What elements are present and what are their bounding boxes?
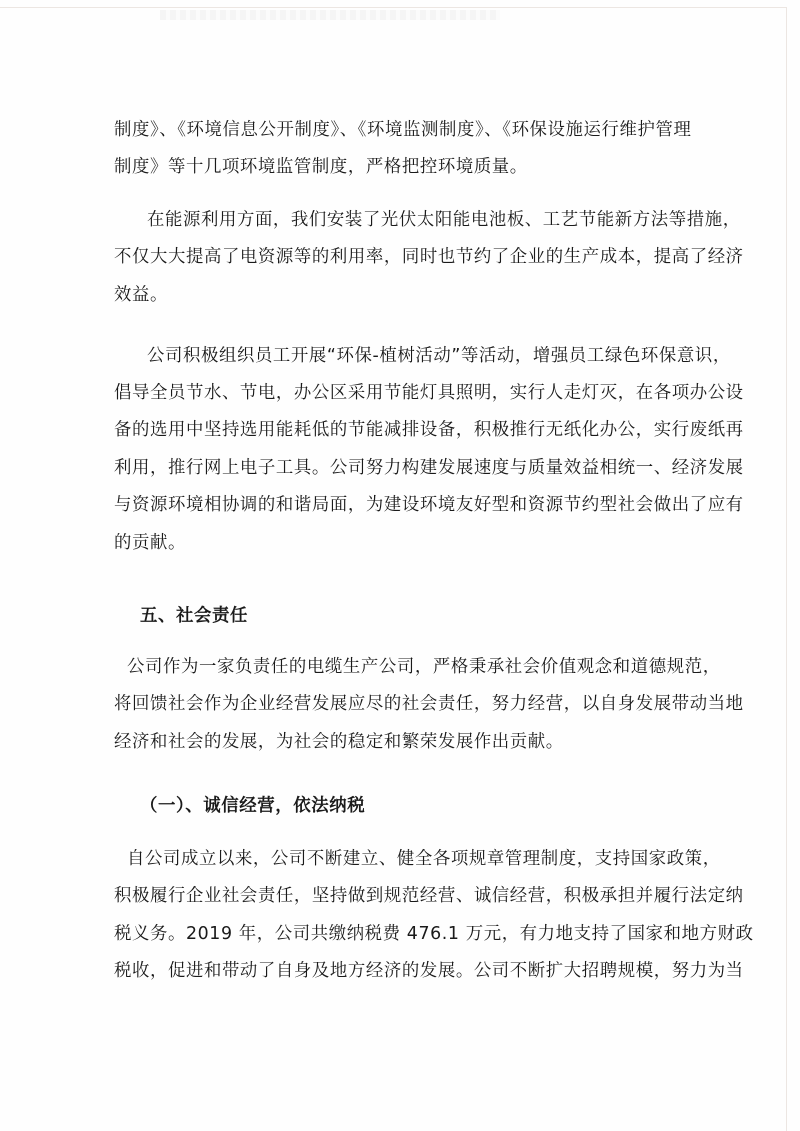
paragraph-line: 公司作为一家负责任的电缆生产公司，严格秉承社会价值观念和道德规范，: [127, 656, 721, 678]
paragraph-line: 将回馈社会作为企业经营发展应尽的社会责任，努力经营，以自身发展带动当地: [114, 693, 744, 715]
paragraph-line: 制度》、《环境信息公开制度》、《环境监测制度》、《环保设施运行维护管理: [114, 119, 691, 141]
paragraph-line: 公司积极组织员工开展“环保-植树活动”等活动，增强员工绿色环保意识，: [147, 345, 731, 367]
paragraph-line: 倡导全员节水、节电，办公区采用节能灯具照明，实行人走灯灭，在各项办公设: [114, 382, 744, 404]
paragraph-line: 在能源利用方面，我们安装了光伏太阳能电池板、工艺节能新方法等措施，: [147, 209, 741, 231]
paragraph-line: 积极履行企业社会责任，坚持做到规范经营、诚信经营，积极承担并履行法定纳: [114, 885, 744, 907]
paragraph-line: 不仅大大提高了电资源等的利用率，同时也节约了企业的生产成本，提高了经济: [114, 246, 744, 268]
paragraph-line: 利用，推行网上电子工具。公司努力构建发展速度与质量效益相统一、经济发展: [114, 457, 744, 479]
page-edge-top: [0, 7, 786, 8]
page-edge-right: [786, 7, 787, 1131]
paragraph-line: 制度》等十几项环境监管制度，严格把控环境质量。: [114, 156, 528, 178]
paragraph-line: 备的选用中坚持选用能耗低的节能减排设备，积极推行无纸化办公，实行废纸再: [114, 419, 744, 441]
paragraph-line: 自公司成立以来，公司不断建立、健全各项规章管理制度，支持国家政策，: [127, 848, 721, 870]
subsection-heading: （一）、诚信经营，依法纳税: [140, 795, 365, 817]
paragraph-line: 效益。: [114, 284, 168, 306]
paragraph-line: 税收，促进和带动了自身及地方经济的发展。公司不断扩大招聘规模，努力为当: [114, 960, 744, 982]
paragraph-line: 税义务。2019 年，公司共缴纳税费 476.1 万元，有力地支持了国家和地方财…: [114, 923, 754, 945]
section-heading: 五、社会责任: [140, 605, 248, 627]
paragraph-line: 与资源环境相协调的和谐局面，为建设环境友好型和资源节约型社会做出了应有: [114, 494, 744, 516]
bleed-through-text: [160, 10, 500, 20]
paragraph-line: 的贡献。: [114, 532, 186, 554]
paragraph-line: 经济和社会的发展，为社会的稳定和繁荣发展作出贡献。: [114, 731, 564, 753]
scanned-page: 制度》、《环境信息公开制度》、《环境监测制度》、《环保设施运行维护管理 制度》等…: [0, 0, 800, 1131]
